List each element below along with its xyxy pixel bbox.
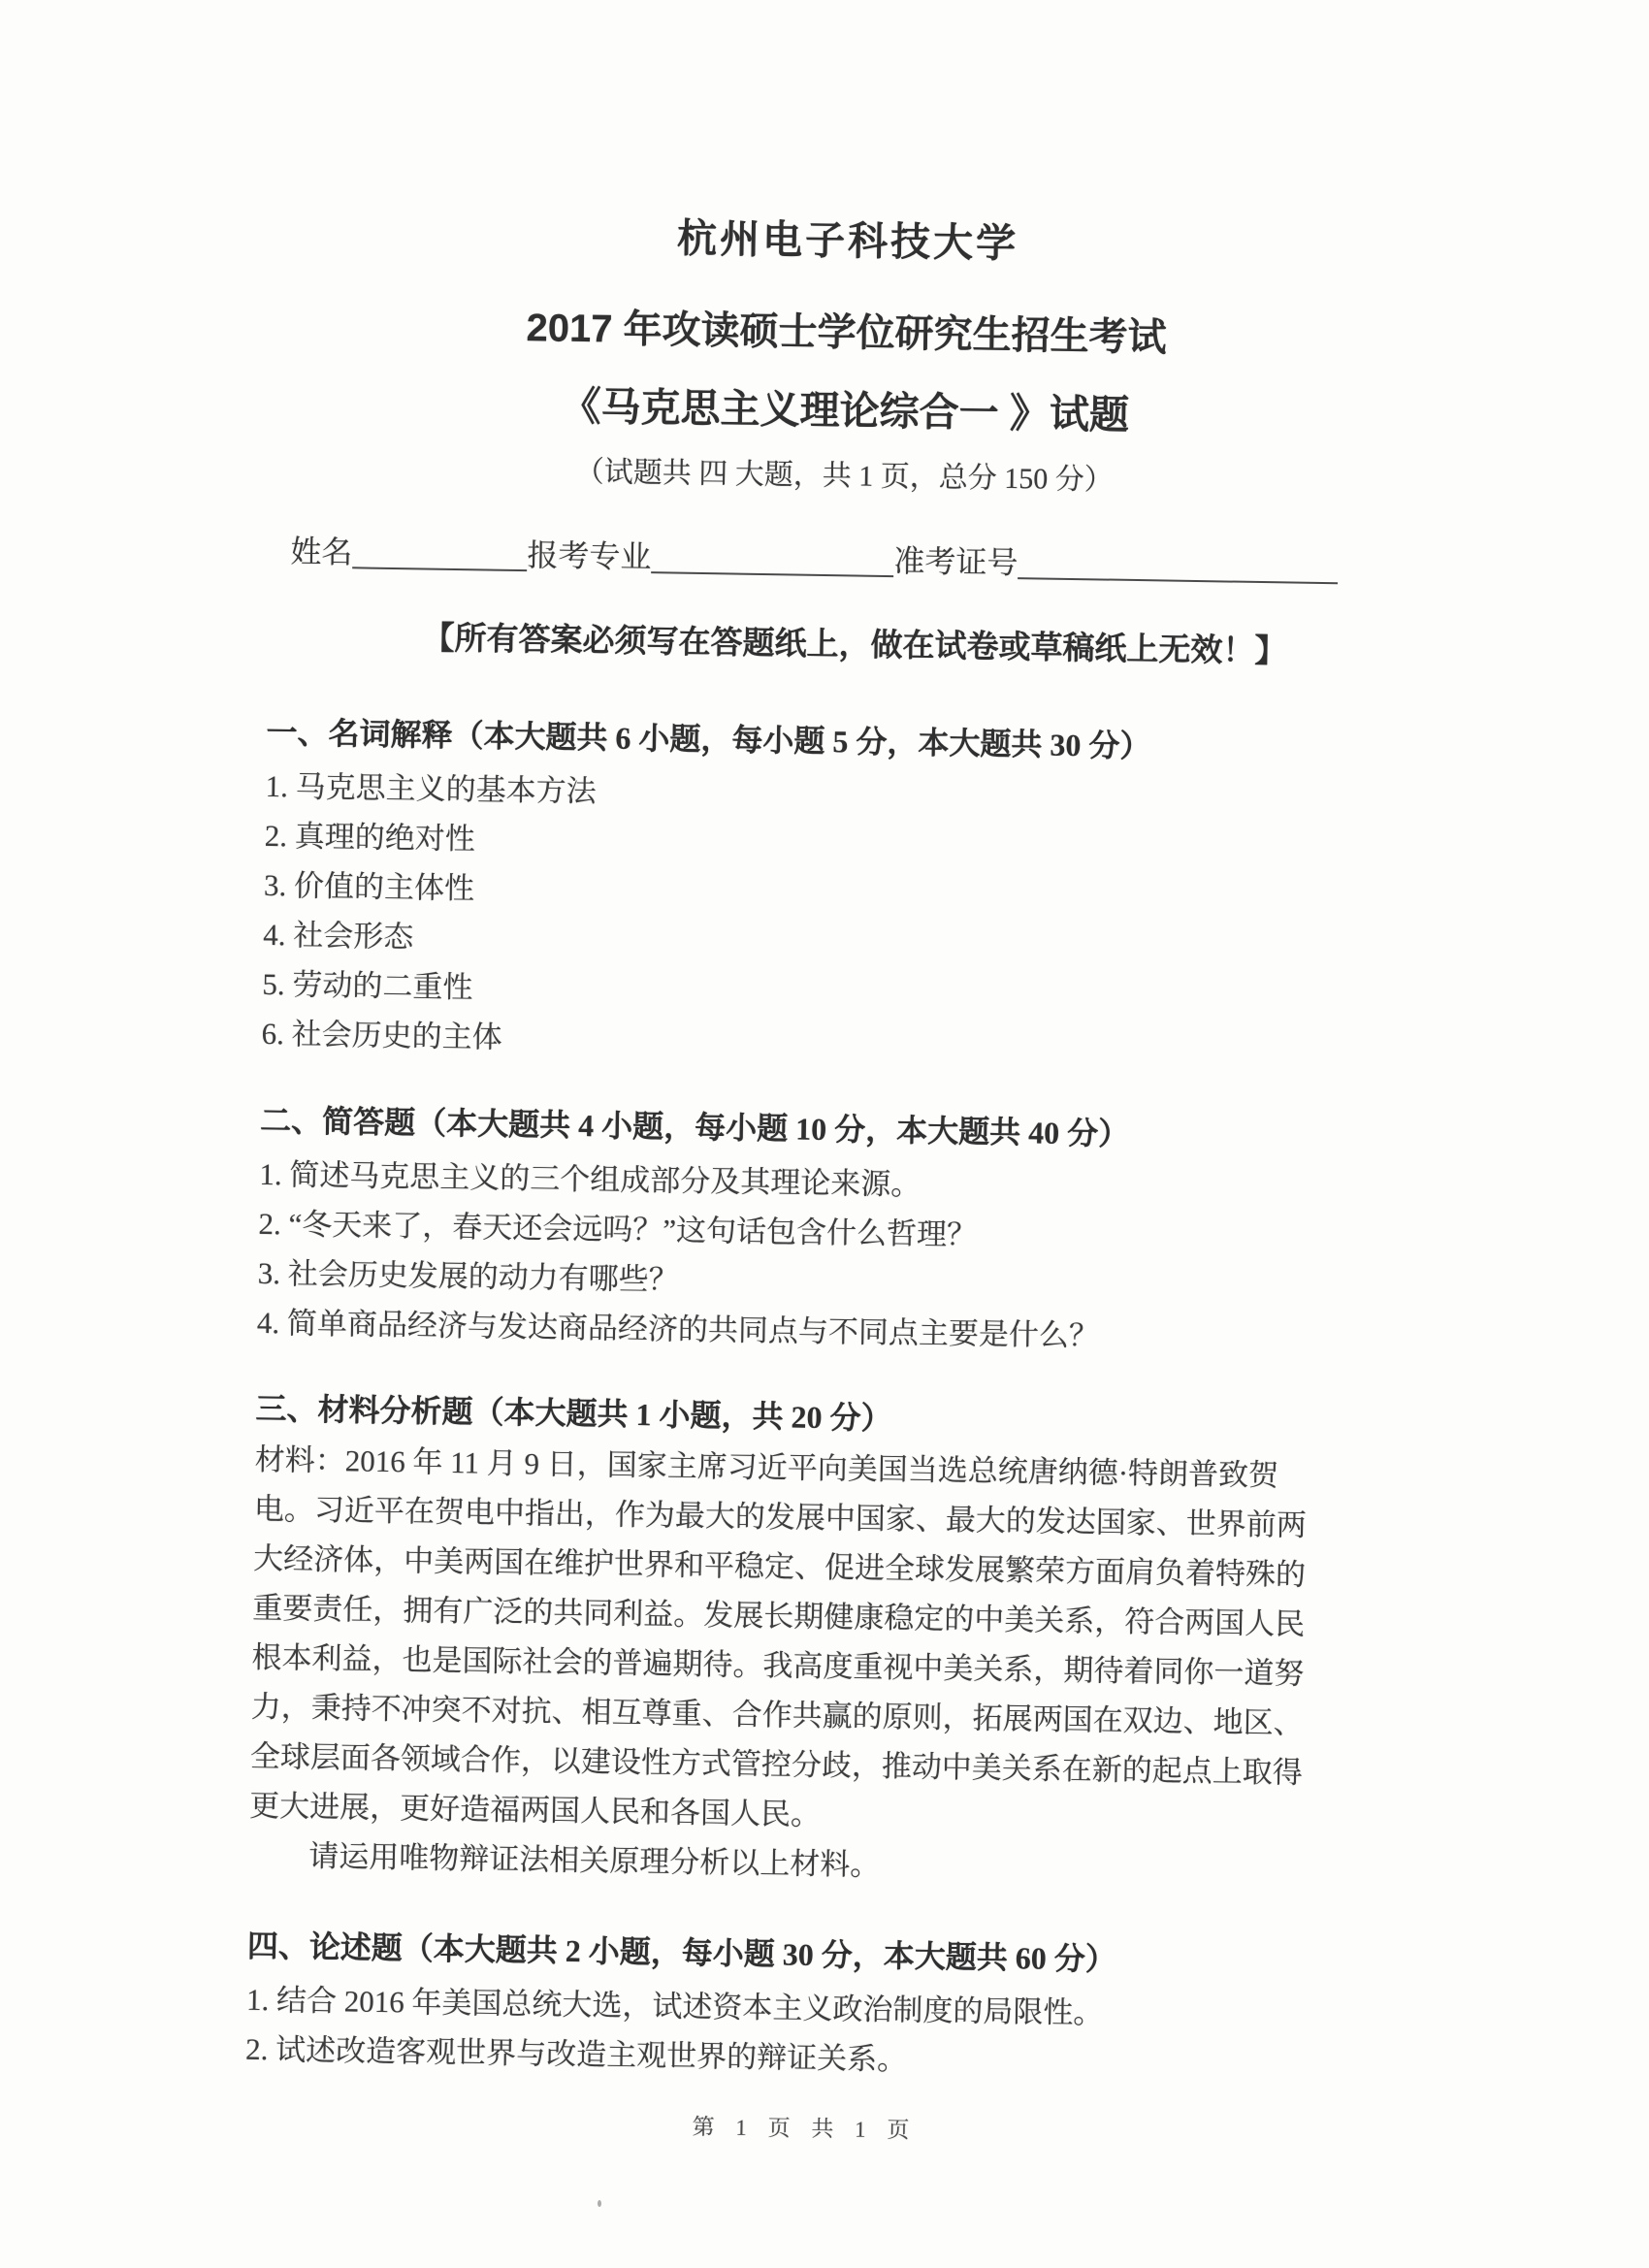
paper-info-line: （试题共 四 大题，共 1 页，总分 150 分） bbox=[297, 448, 1390, 504]
paper-content: 杭州电子科技大学 2017 年攻读硕士学位研究生招生考试 《马克思主义理论综合一… bbox=[244, 209, 1395, 2153]
scan-speck bbox=[598, 2200, 601, 2207]
name-blank-line bbox=[352, 537, 527, 571]
subject-title: 《马克思主义理论综合一 》试题 bbox=[298, 378, 1392, 442]
paper-header: 杭州电子科技大学 2017 年攻读硕士学位研究生招生考试 《马克思主义理论综合一… bbox=[270, 209, 1394, 504]
major-field-label: 报考专业 bbox=[527, 537, 652, 574]
ticket-field-label: 准考证号 bbox=[893, 543, 1018, 580]
major-blank-line bbox=[651, 542, 893, 577]
scanned-exam-paper: 杭州电子科技大学 2017 年攻读硕士学位研究生招生考试 《马克思主义理论综合一… bbox=[0, 0, 1649, 2268]
candidate-fields-row: 姓名报考专业准考证号 bbox=[269, 532, 1389, 588]
section-4-heading: 四、论述题（本大题共 2 小题，每小题 30 分，本大题共 60 分） bbox=[247, 1927, 1368, 1983]
name-field-label: 姓名 bbox=[290, 534, 353, 569]
section-1-heading: 一、名词解释（本大题共 6 小题，每小题 5 分，本大题共 30 分） bbox=[266, 713, 1386, 769]
section-4-items: 1. 结合 2016 年美国总统大选，试述资本主义政治制度的局限性。 2. 试述… bbox=[245, 1975, 1367, 2091]
section-2-items: 1. 简述马克思主义的三个组成部分及其理论来源。 2. “冬天来了，春天还会远吗… bbox=[257, 1150, 1380, 1365]
material-paragraph: 材料：2016 年 11 月 9 日，国家主席习近平向美国当选总统唐纳德·特朗普… bbox=[248, 1435, 1375, 1897]
ticket-blank-line bbox=[1018, 548, 1338, 584]
answer-sheet-notice: 【所有答案必须写在答题纸上，做在试卷或草稿纸上无效！】 bbox=[268, 616, 1388, 672]
university-name: 杭州电子科技大学 bbox=[301, 209, 1395, 273]
section-1-items: 1. 马克思主义的基本方法 2. 真理的绝对性 3. 价值的主体性 4. 社会形… bbox=[261, 761, 1386, 1076]
section-2-heading: 二、简答题（本大题共 4 小题，每小题 10 分，本大题共 40 分） bbox=[260, 1101, 1380, 1157]
page-footer: 第 1 页 共 1 页 bbox=[244, 2106, 1365, 2153]
exam-session-title: 2017 年攻读硕士学位研究生招生考试 bbox=[300, 301, 1394, 365]
